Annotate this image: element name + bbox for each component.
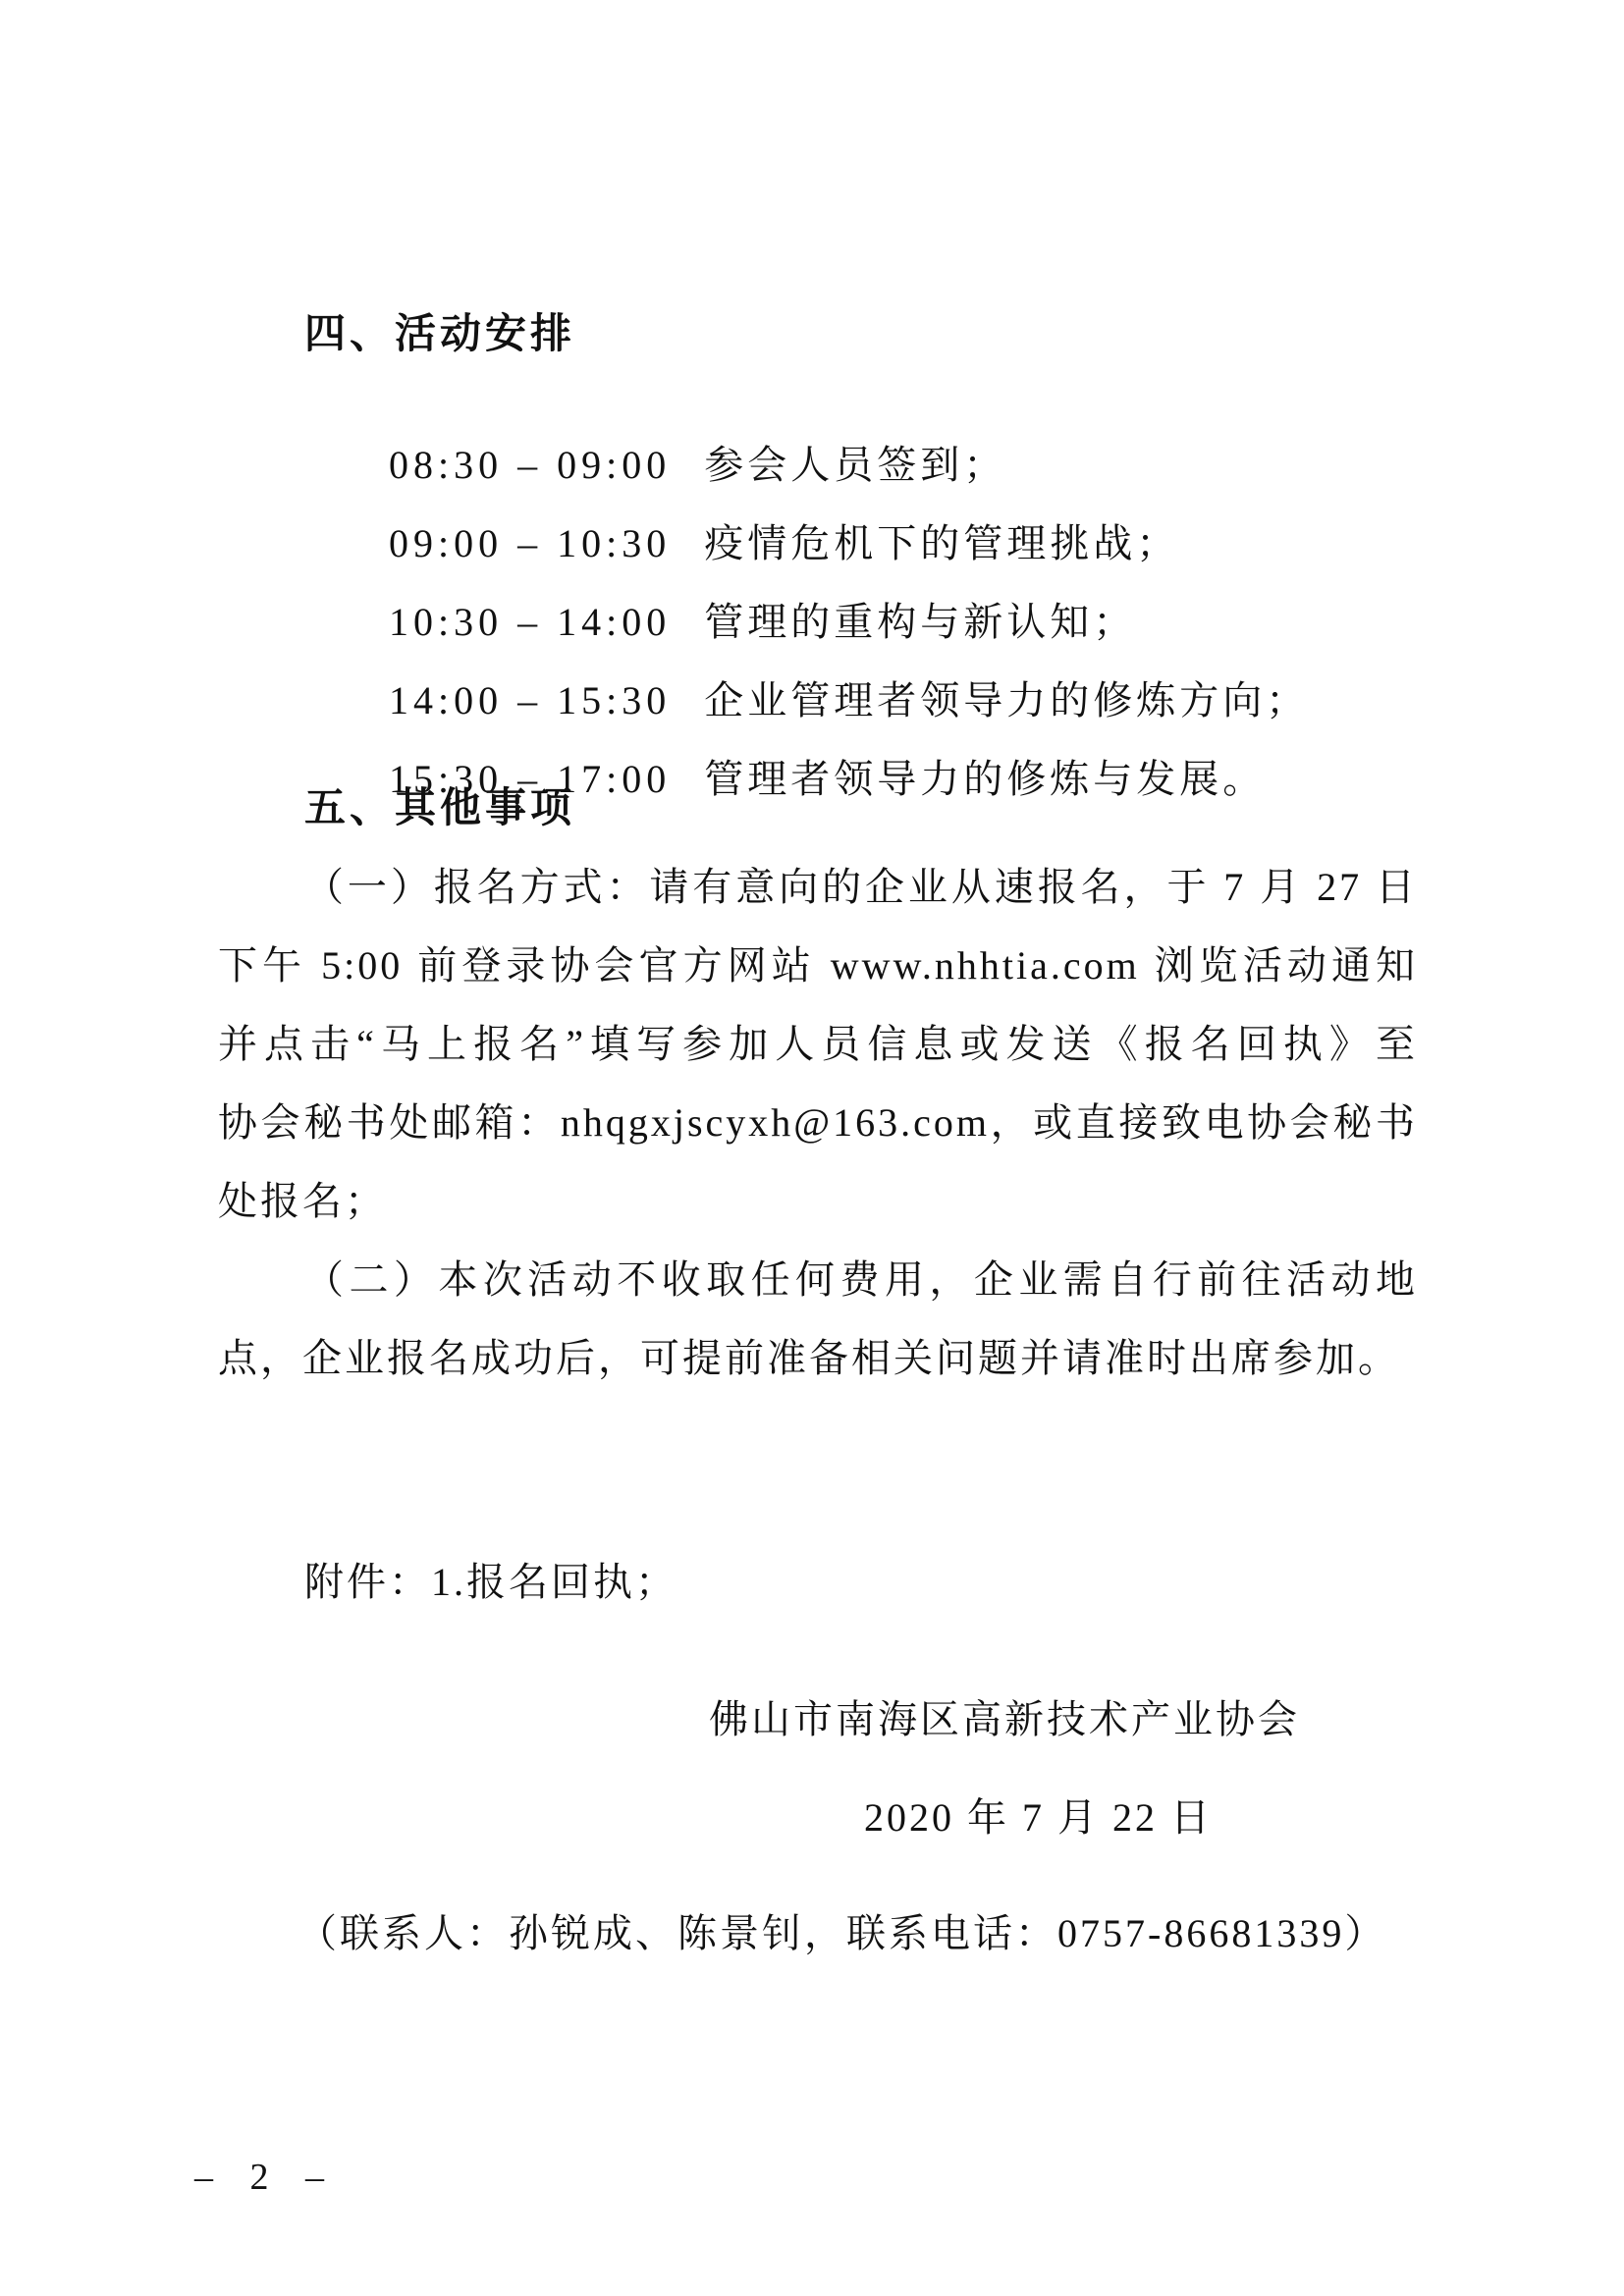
section-heading-4: 四、活动安排: [304, 309, 575, 358]
schedule-activity: 管理者领导力的修炼与发展。: [704, 757, 1266, 801]
paragraph-line: （二）本次活动不收取任何费用，企业需自行前往活动地: [304, 1256, 1418, 1304]
section-heading-5: 五、其他事项: [304, 783, 575, 832]
signature-date: 2020 年 7 月 22 日: [864, 1794, 1213, 1842]
paragraph-line: 并点击“马上报名”填写参加人员信息或发送《报名回执》至: [218, 1021, 1418, 1068]
document-page: 四、活动安排 08:30 – 09:00参会人员签到； 09:00 – 10:3…: [0, 0, 1624, 2296]
page-number: – 2 –: [194, 2156, 334, 2201]
attachment-line: 附件：1.报名回执；: [304, 1559, 677, 1606]
signature-org: 佛山市南海区高新技术产业协会: [709, 1696, 1300, 1743]
paragraph-line: 协会秘书处邮箱：nhqgxjscyxh@163.com，或直接致电协会秘书: [218, 1099, 1418, 1147]
paragraph-line: 下午 5:00 前登录协会官方网站 www.nhhtia.com 浏览活动通知: [218, 942, 1418, 989]
paragraph-line: （一）报名方式：请有意向的企业从速报名，于 7 月 27 日: [304, 864, 1418, 911]
contact-line: （联系人：孙锐成、陈景钊，联系电话：0757-86681339）: [298, 1910, 1386, 1957]
paragraph-line: 点，企业报名成功后，可提前准备相关问题并请准时出席参加。: [218, 1335, 1400, 1382]
paragraph-line: 处报名；: [218, 1178, 387, 1225]
